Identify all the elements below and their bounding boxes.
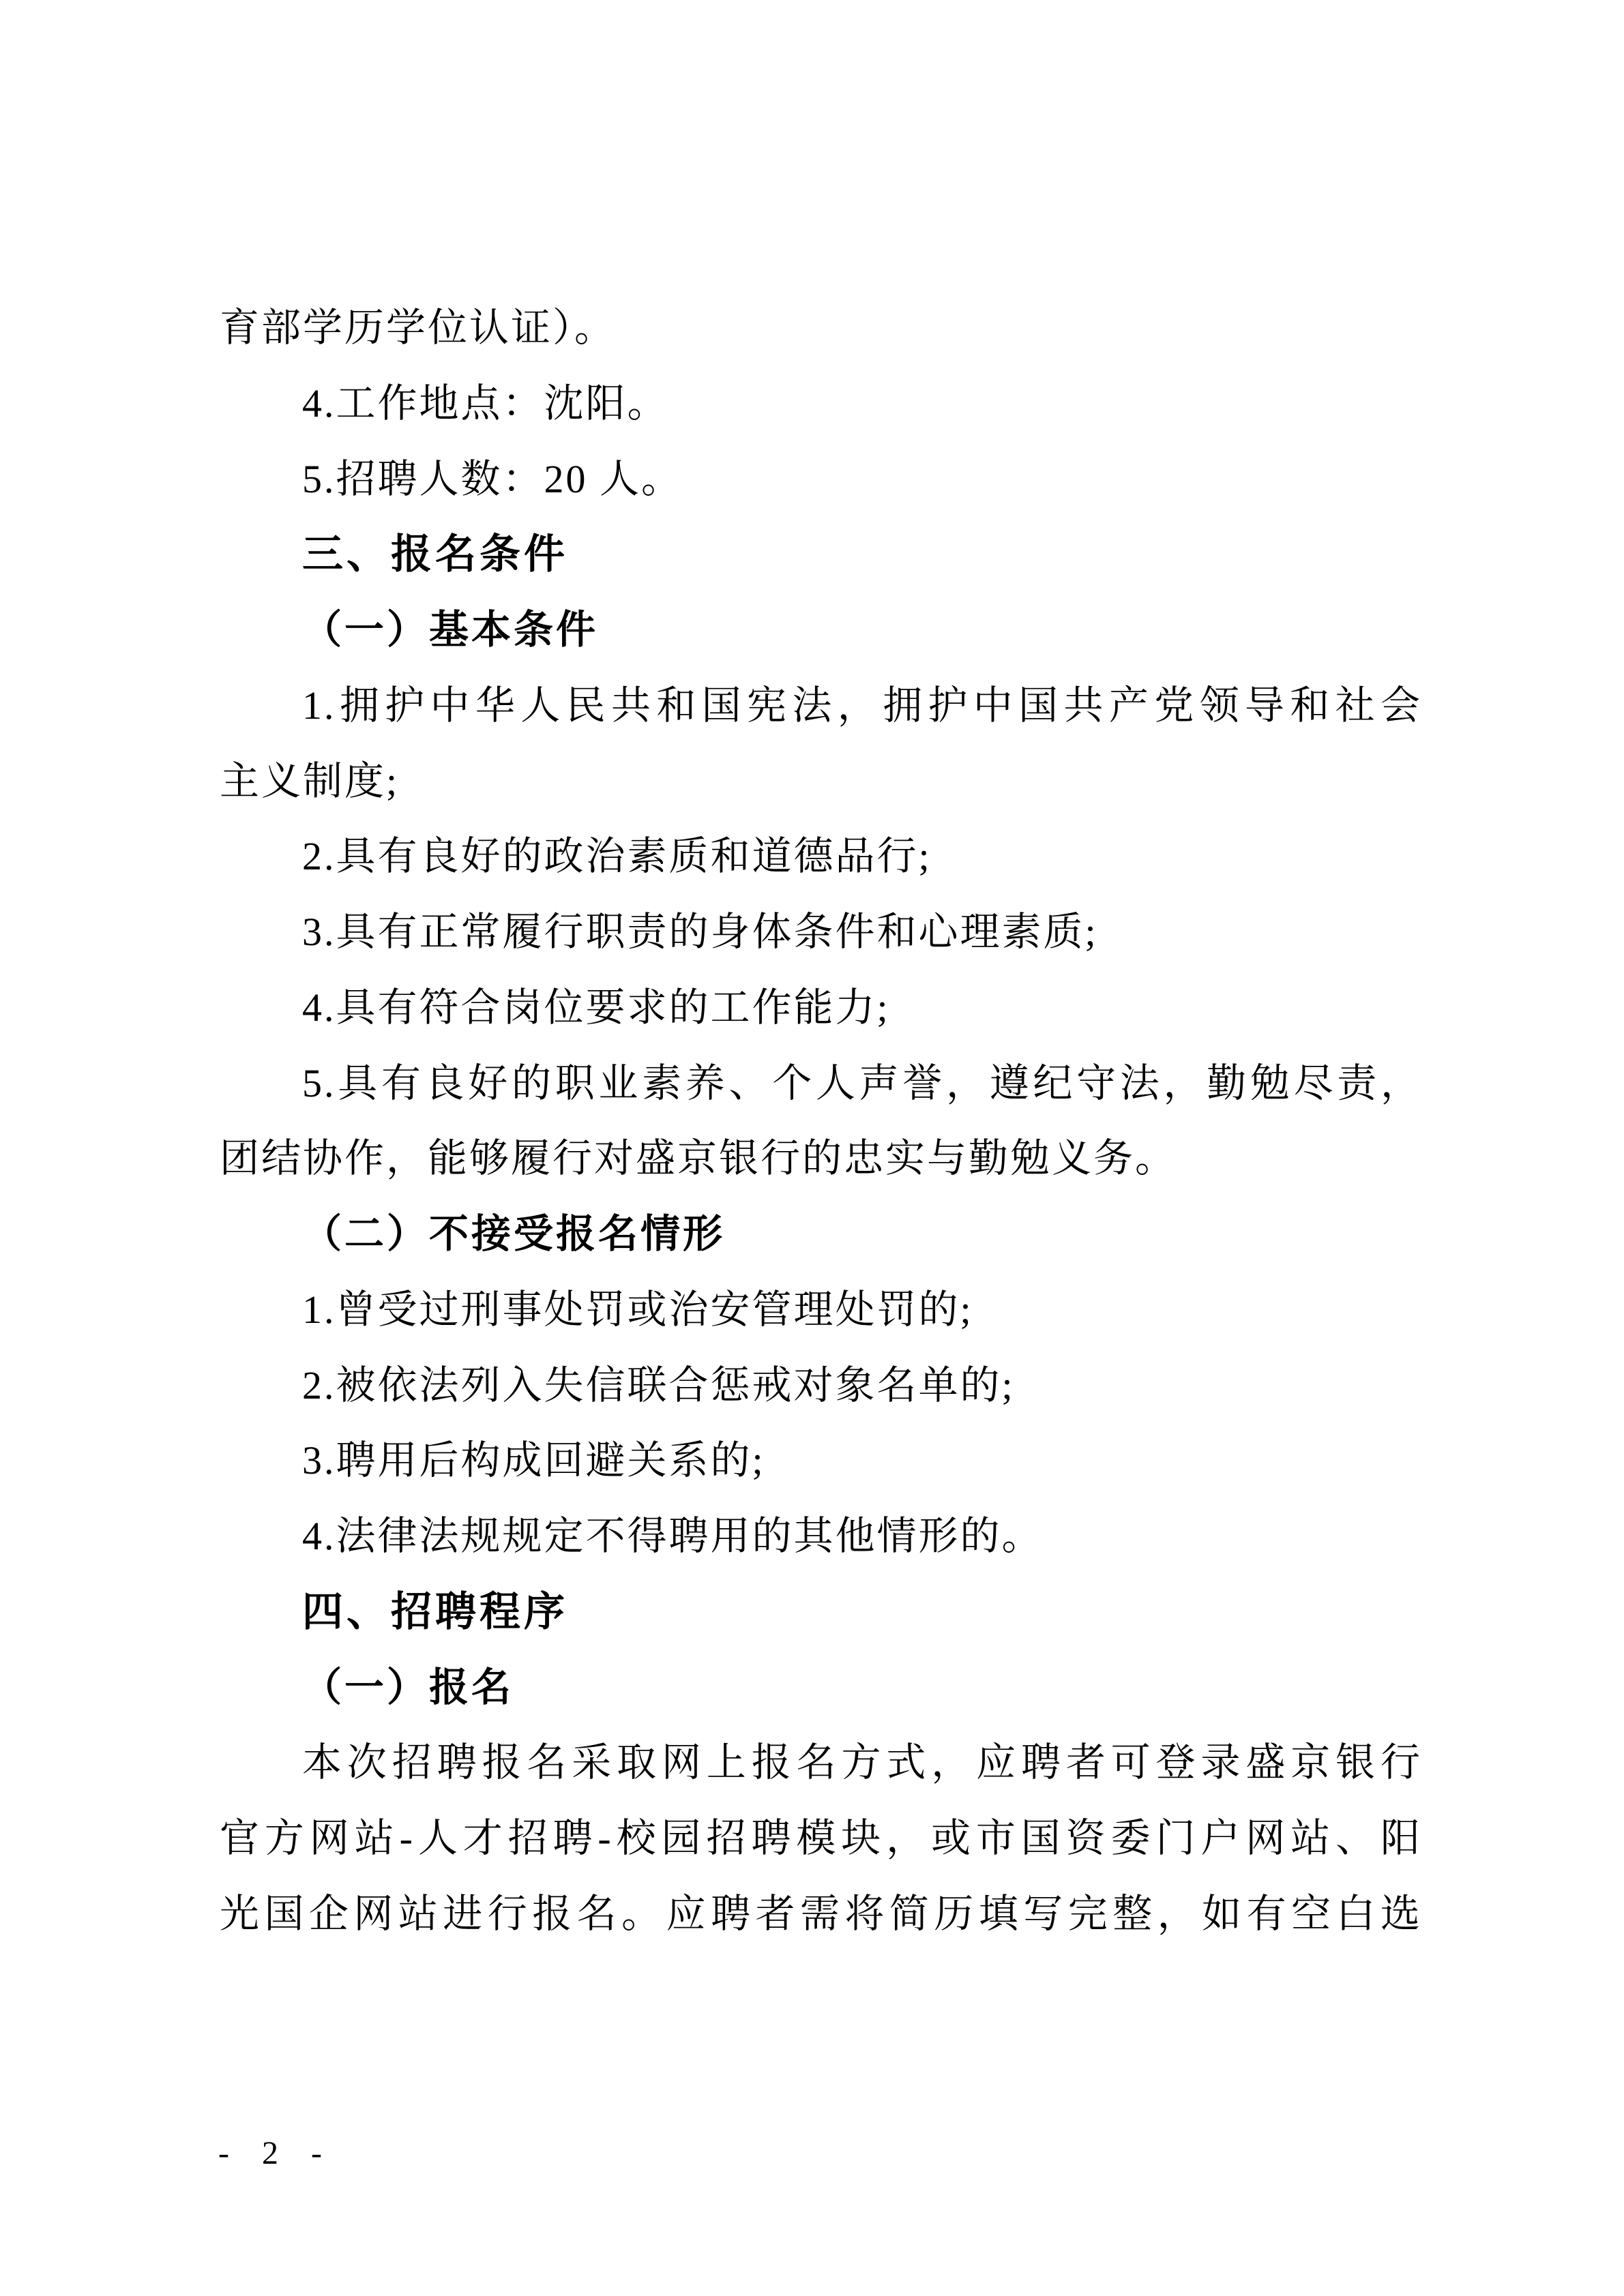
subsection-heading: （一）报名 [220, 1650, 1422, 1726]
list-item: 2.具有良好的政治素质和道德品行; [220, 819, 1422, 895]
list-item: 4.法律法规规定不得聘用的其他情形的。 [220, 1499, 1422, 1575]
subsection-heading: （一）基本条件 [220, 593, 1422, 668]
paragraph-line: 本次招聘报名采取网上报名方式，应聘者可登录盛京银行 [220, 1725, 1422, 1801]
list-item: 2.被依法列入失信联合惩戒对象名单的; [220, 1348, 1422, 1424]
paragraph-line: 育部学历学位认证）。 [220, 290, 1422, 366]
list-item: 5.招聘人数：20 人。 [220, 442, 1422, 518]
paragraph-line: 主义制度; [220, 744, 1422, 820]
paragraph-line: 光国企网站进行报名。应聘者需将简历填写完整，如有空白选 [220, 1877, 1422, 1952]
list-item: 4.具有符合岗位要求的工作能力; [220, 970, 1422, 1046]
list-item: 5.具有良好的职业素养、个人声誉，遵纪守法，勤勉尽责， [220, 1046, 1422, 1122]
document-page: 育部学历学位认证）。 4.工作地点：沈阳。 5.招聘人数：20 人。 三、报名条… [0, 0, 1624, 2296]
section-heading: 三、报名条件 [220, 517, 1422, 593]
paragraph-line: 团结协作，能够履行对盛京银行的忠实与勤勉义务。 [220, 1121, 1422, 1197]
list-item: 4.工作地点：沈阳。 [220, 366, 1422, 442]
paragraph-line: 官方网站-人才招聘-校园招聘模块，或市国资委门户网站、阳 [220, 1801, 1422, 1877]
list-item: 1.曾受过刑事处罚或治安管理处罚的; [220, 1272, 1422, 1348]
subsection-heading: （二）不接受报名情形 [220, 1197, 1422, 1272]
page-number: - 2 - [218, 2133, 329, 2174]
list-item: 3.具有正常履行职责的身体条件和心理素质; [220, 895, 1422, 970]
section-heading: 四、招聘程序 [220, 1575, 1422, 1650]
list-item: 3.聘用后构成回避关系的; [220, 1423, 1422, 1499]
list-item: 1.拥护中华人民共和国宪法，拥护中国共产党领导和社会 [220, 668, 1422, 744]
document-body: 育部学历学位认证）。 4.工作地点：沈阳。 5.招聘人数：20 人。 三、报名条… [220, 290, 1422, 1952]
